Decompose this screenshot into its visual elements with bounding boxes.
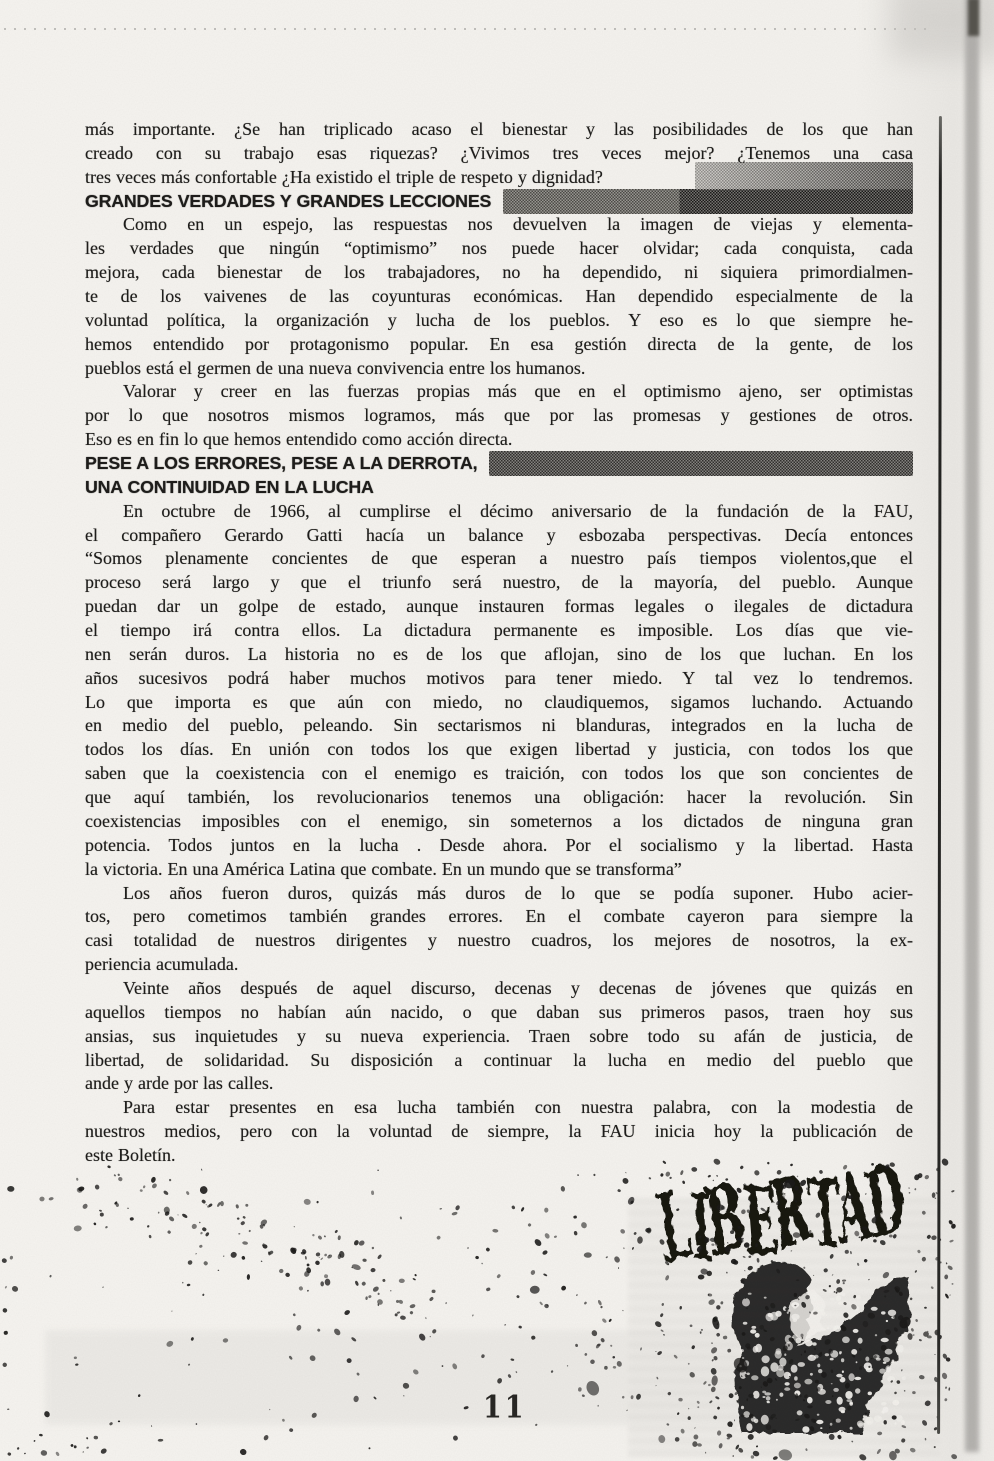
text-line-content: ansias, sus inquietudes y su nueva exper… bbox=[85, 1026, 913, 1046]
body-text-line: Eso es en fin lo que hemos entendido com… bbox=[85, 428, 913, 452]
text-line-content: En octubre de 1966, al cumplirse el déci… bbox=[123, 501, 913, 521]
text-line-content: todos los días. En unión con todos los q… bbox=[85, 739, 913, 759]
section-heading-line: UNA CONTINUIDAD EN LA LUCHA bbox=[85, 476, 913, 500]
body-text-line: Valorar y creer en las fuerzas propias m… bbox=[85, 380, 913, 404]
ink-smudge-over-dignidad bbox=[695, 162, 913, 190]
body-text-line: la victoria. En una América Latina que c… bbox=[85, 858, 913, 882]
body-text-line: En octubre de 1966, al cumplirse el déci… bbox=[85, 500, 913, 524]
section-heading-line: GRANDES VERDADES Y GRANDES LECCIONES bbox=[85, 190, 913, 214]
body-text-line: el compañero Gerardo Gatti hacía un bala… bbox=[85, 524, 913, 548]
text-line-content: por lo que nosotros mismos logramos, más… bbox=[85, 405, 913, 425]
body-text-line: casi totalidad de nuestros dirigentes y … bbox=[85, 929, 913, 953]
scanned-bulletin-page: más importante. ¿Se han triplicado acaso… bbox=[0, 0, 994, 1461]
body-text-line: pueblos está el germen de una nueva conv… bbox=[85, 357, 913, 381]
text-line-content: este Boletín. bbox=[85, 1145, 175, 1165]
text-line-content: Lo que importa es que aún con miedo, no … bbox=[85, 692, 913, 712]
text-line-content: Los años fueron duros, quizás más duros … bbox=[123, 883, 913, 903]
body-text-line: mejora, cada bienestar de los trabajador… bbox=[85, 261, 913, 285]
body-text-line: aquellos tiempos no habían aún nacido, o… bbox=[85, 1001, 913, 1025]
text-line-content: ande y arde por las calles. bbox=[85, 1073, 273, 1093]
text-line-content: Veinte años después de aquel discurso, d… bbox=[123, 978, 913, 998]
text-line-content: nen serán duros. La historia no es de lo… bbox=[85, 644, 913, 664]
scan-artifact-dotted-line bbox=[4, 28, 934, 30]
text-line-content: pueblos está el germen de una nueva conv… bbox=[85, 358, 585, 378]
body-text-line: periencia acumulada. bbox=[85, 953, 913, 977]
body-text-line: todos los días. En unión con todos los q… bbox=[85, 738, 913, 762]
body-text-line: Lo que importa es que aún con miedo, no … bbox=[85, 691, 913, 715]
body-text-line: potencia. Todos juntos en la lucha . Des… bbox=[85, 834, 913, 858]
body-text-line: Como en un espejo, las respuestas nos de… bbox=[85, 213, 913, 237]
text-line-content: nuestros medios, pero con la voluntad de… bbox=[85, 1121, 913, 1141]
scan-artifact-gray-band bbox=[965, 0, 979, 1452]
scan-artifact-gray-band-top bbox=[968, 0, 979, 36]
text-line-content: UNA CONTINUIDAD EN LA LUCHA bbox=[85, 476, 374, 500]
body-text-line: ansias, sus inquietudes y su nueva exper… bbox=[85, 1025, 913, 1049]
body-text-line: en medio del pueblo, peleando. Sin secta… bbox=[85, 714, 913, 738]
text-line-content: Eso es en fin lo que hemos entendido com… bbox=[85, 429, 512, 449]
text-line-content: la victoria. En una América Latina que c… bbox=[85, 859, 682, 879]
body-text-line: el tiempo irá contra ellos. La dictadura… bbox=[85, 619, 913, 643]
text-line-content: aquellos tiempos no habían aún nacido, o… bbox=[85, 1002, 913, 1022]
body-text-line: más importante. ¿Se han triplicado acaso… bbox=[85, 118, 913, 142]
halftone-wash-artwork bbox=[628, 1198, 940, 1458]
text-line-content: años sucesivos podrá haber muchos motivo… bbox=[85, 668, 913, 688]
page-number: 11 bbox=[483, 1390, 527, 1426]
text-line-content: libertad, de solidaridad. Su disposición… bbox=[85, 1050, 913, 1070]
body-text-line: “Somos plenamente concientes de que espe… bbox=[85, 547, 913, 571]
text-line-content: creado con su trabajo esas riquezas? ¿Vi… bbox=[85, 143, 913, 163]
body-text-line: les verdades que ningún “optimismo” nos … bbox=[85, 237, 913, 261]
text-line-content: el tiempo irá contra ellos. La dictadura… bbox=[85, 620, 913, 640]
body-text-line: tos, pero cometimos también grandes erro… bbox=[85, 905, 913, 929]
section-heading-line: PESE A LOS ERRORES, PESE A LA DERROTA, bbox=[85, 452, 913, 476]
body-text-line: años sucesivos podrá haber muchos motivo… bbox=[85, 667, 913, 691]
document-text-column: más importante. ¿Se han triplicado acaso… bbox=[85, 118, 913, 1168]
text-line-content: puedan dar un golpe de estado, aunque in… bbox=[85, 596, 913, 616]
text-line-content: PESE A LOS ERRORES, PESE A LA DERROTA, bbox=[85, 452, 477, 476]
text-line-content: tos, pero cometimos también grandes erro… bbox=[85, 906, 913, 926]
body-text-line: Veinte años después de aquel discurso, d… bbox=[85, 977, 913, 1001]
text-line-content: el compañero Gerardo Gatti hacía un bala… bbox=[85, 525, 913, 545]
body-text-line: proceso será largo y que el triunfo será… bbox=[85, 571, 913, 595]
text-line-content: Como en un espejo, las respuestas nos de… bbox=[123, 214, 913, 234]
text-line-content: te de los vaivenes de las coyunturas eco… bbox=[85, 286, 913, 306]
body-text-line: este Boletín. bbox=[85, 1144, 913, 1168]
body-text-line: Los años fueron duros, quizás más duros … bbox=[85, 882, 913, 906]
text-line-content: hemos entendido por protagonismo popular… bbox=[85, 334, 913, 354]
text-line-content: casi totalidad de nuestros dirigentes y … bbox=[85, 930, 913, 950]
ink-redaction-smudge bbox=[489, 451, 913, 476]
body-text-line: nen serán duros. La historia no es de lo… bbox=[85, 643, 913, 667]
text-line-content: potencia. Todos juntos en la lucha . Des… bbox=[85, 835, 913, 855]
text-line-content: saben que la coexistencia con el enemigo… bbox=[85, 763, 913, 783]
body-text-line: por lo que nosotros mismos logramos, más… bbox=[85, 404, 913, 428]
body-text-line: libertad, de solidaridad. Su disposición… bbox=[85, 1049, 913, 1073]
ink-redaction-smudge bbox=[503, 189, 913, 214]
scan-artifact-vertical-line bbox=[937, 116, 942, 1434]
text-line-content: GRANDES VERDADES Y GRANDES LECCIONES bbox=[85, 190, 491, 214]
text-line-content: periencia acumulada. bbox=[85, 954, 238, 974]
body-text-line: que aquí también, los revolucionarios te… bbox=[85, 786, 913, 810]
body-text-line: ande y arde por las calles. bbox=[85, 1072, 913, 1096]
body-text-line: coexistencias imposibles con el enemigo,… bbox=[85, 810, 913, 834]
body-text-line: hemos entendido por protagonismo popular… bbox=[85, 333, 913, 357]
body-text-line: puedan dar un golpe de estado, aunque in… bbox=[85, 595, 913, 619]
text-line-content: que aquí también, los revolucionarios te… bbox=[85, 787, 913, 807]
text-line-content: voluntad política, la organización y luc… bbox=[85, 310, 913, 330]
text-line-content: Valorar y creer en las fuerzas propias m… bbox=[123, 381, 913, 401]
text-line-content: mejora, cada bienestar de los trabajador… bbox=[85, 262, 913, 282]
text-line-content: más importante. ¿Se han triplicado acaso… bbox=[85, 119, 913, 139]
text-line-content: tres veces más confortable ¿Ha existido … bbox=[85, 167, 603, 187]
body-text-line: Para estar presentes en esa lucha tambié… bbox=[85, 1096, 913, 1120]
body-text-line: voluntad política, la organización y luc… bbox=[85, 309, 913, 333]
text-line-content: les verdades que ningún “optimismo” nos … bbox=[85, 238, 913, 258]
body-text-line: te de los vaivenes de las coyunturas eco… bbox=[85, 285, 913, 309]
text-line-content: en medio del pueblo, peleando. Sin secta… bbox=[85, 715, 913, 735]
text-line-content: proceso será largo y que el triunfo será… bbox=[85, 572, 913, 592]
text-line-content: coexistencias imposibles con el enemigo,… bbox=[85, 811, 913, 831]
text-line-content: “Somos plenamente concientes de que espe… bbox=[85, 548, 913, 568]
body-text-line: nuestros medios, pero con la voluntad de… bbox=[85, 1120, 913, 1144]
body-text-line: saben que la coexistencia con el enemigo… bbox=[85, 762, 913, 786]
text-line-content: Para estar presentes en esa lucha tambié… bbox=[123, 1097, 913, 1117]
